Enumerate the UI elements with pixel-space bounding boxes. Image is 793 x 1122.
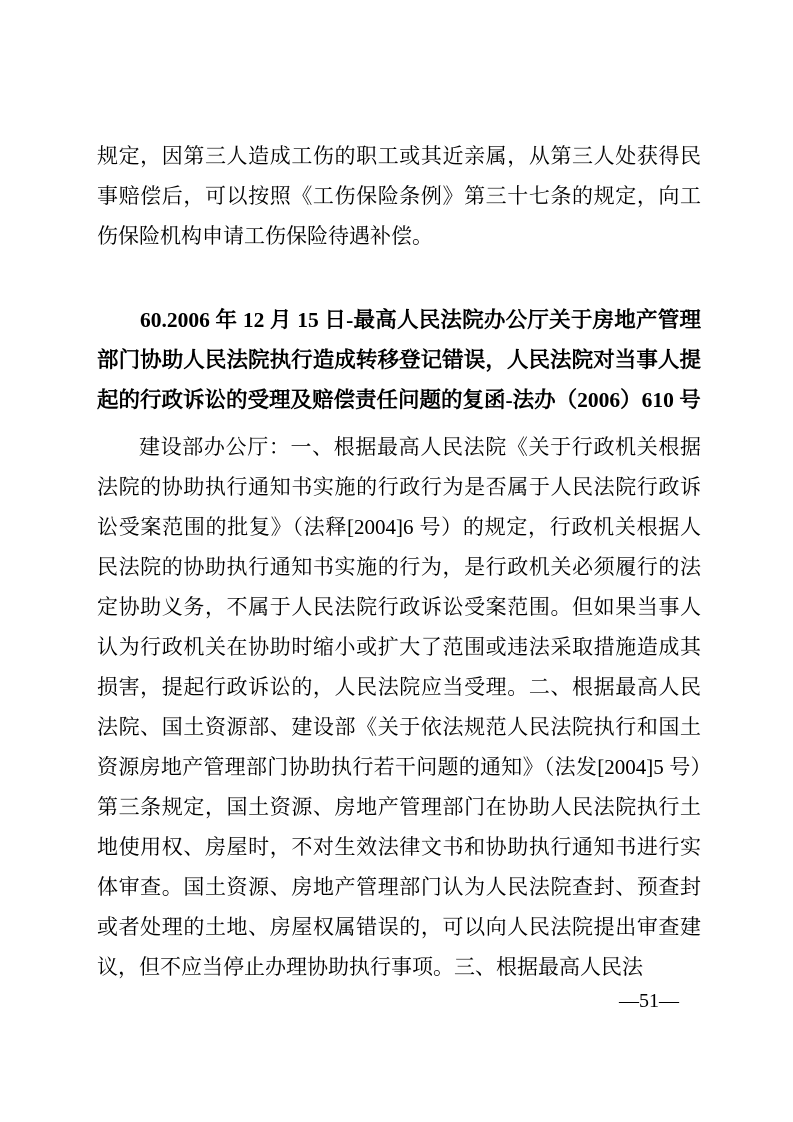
page-number: —51—	[619, 989, 679, 1013]
document-page: 规定，因第三人造成工伤的职工或其近亲属，从第三人处获得民事赔偿后，可以按照《工伤…	[0, 0, 793, 1122]
document-content: 规定，因第三人造成工伤的职工或其近亲属，从第三人处获得民事赔偿后，可以按照《工伤…	[97, 136, 701, 987]
section-heading: 60.2006 年 12 月 15 日-最高人民法院办公厅关于房地产管理部门协助…	[97, 300, 701, 420]
paragraph-continuation: 规定，因第三人造成工伤的职工或其近亲属，从第三人处获得民事赔偿后，可以按照《工伤…	[97, 136, 701, 256]
section-body: 建设部办公厅：一、根据最高人民法院《关于行政机关根据法院的协助执行通知书实施的行…	[97, 427, 701, 987]
